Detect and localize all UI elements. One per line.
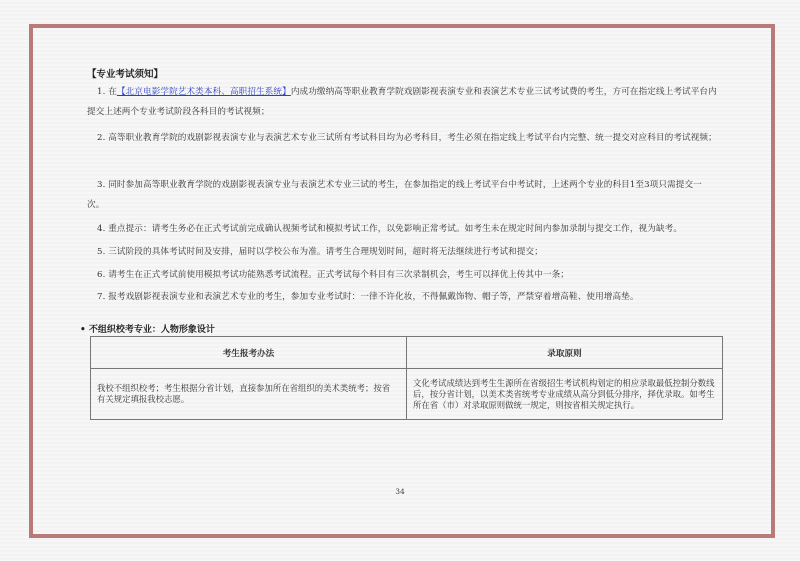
cell-application-method: 我校不组织校考；考生根据分省计划，直接参加所在省组织的美术类统考；按省有关规定填… <box>91 369 407 420</box>
page-number: 34 <box>0 487 800 496</box>
notice-item-2: 2. 高等职业教育学院的戏剧影视表演专业与表演艺术专业三试所有考试科目均为必考科… <box>87 128 717 148</box>
notice-item-1: 1. 在【北京电影学院艺术类本科、高职招生系统】内成功缴纳高等职业教育学院戏剧影… <box>87 82 717 122</box>
header-application-method: 考生报考办法 <box>91 337 407 369</box>
document-page: 【专业考试须知】 1. 在【北京电影学院艺术类本科、高职招生系统】内成功缴纳高等… <box>0 0 800 561</box>
table-header-row: 考生报考办法 录取原则 <box>91 337 723 369</box>
notice-item-5: 5. 三试阶段的具体考试时间及安排，届时以学校公布为准。请考生合理规划时间，超时… <box>87 242 717 262</box>
table-row: 我校不组织校考；考生根据分省计划，直接参加所在省组织的美术类统考；按省有关规定填… <box>91 369 723 420</box>
cell-admission-principle: 文化考试成绩达到考生生源所在省级招生考试机构划定的相应录取最低控制分数线后，按分… <box>407 369 723 420</box>
notice-item-7: 7. 报考戏剧影视表演专业和表演艺术专业的考生，参加专业考试时：一律不许化妆，不… <box>87 287 717 307</box>
section-heading: 【专业考试须知】 <box>87 66 163 80</box>
admission-table: 考生报考办法 录取原则 我校不组织校考；考生根据分省计划，直接参加所在省组织的美… <box>90 336 723 420</box>
header-admission-principle: 录取原则 <box>407 337 723 369</box>
notice-item-3: 3. 同时参加高等职业教育学院的戏剧影视表演专业与表演艺术专业三试的考生，在参加… <box>87 175 717 215</box>
admission-system-link[interactable]: 【北京电影学院艺术类本科、高职招生系统】 <box>117 87 291 97</box>
notice-item-1-prefix: 1. 在 <box>97 87 117 97</box>
notice-item-4: 4. 重点提示：请考生务必在正式考试前完成确认视频考试和模拟考试工作，以免影响正… <box>87 219 717 239</box>
notice-item-6: 6. 请考生在正式考试前使用模拟考试功能熟悉考试流程。正式考试每个科目有三次录制… <box>87 265 717 285</box>
non-exam-major-title: • 不组织校考专业：人物形象设计 <box>80 322 215 335</box>
